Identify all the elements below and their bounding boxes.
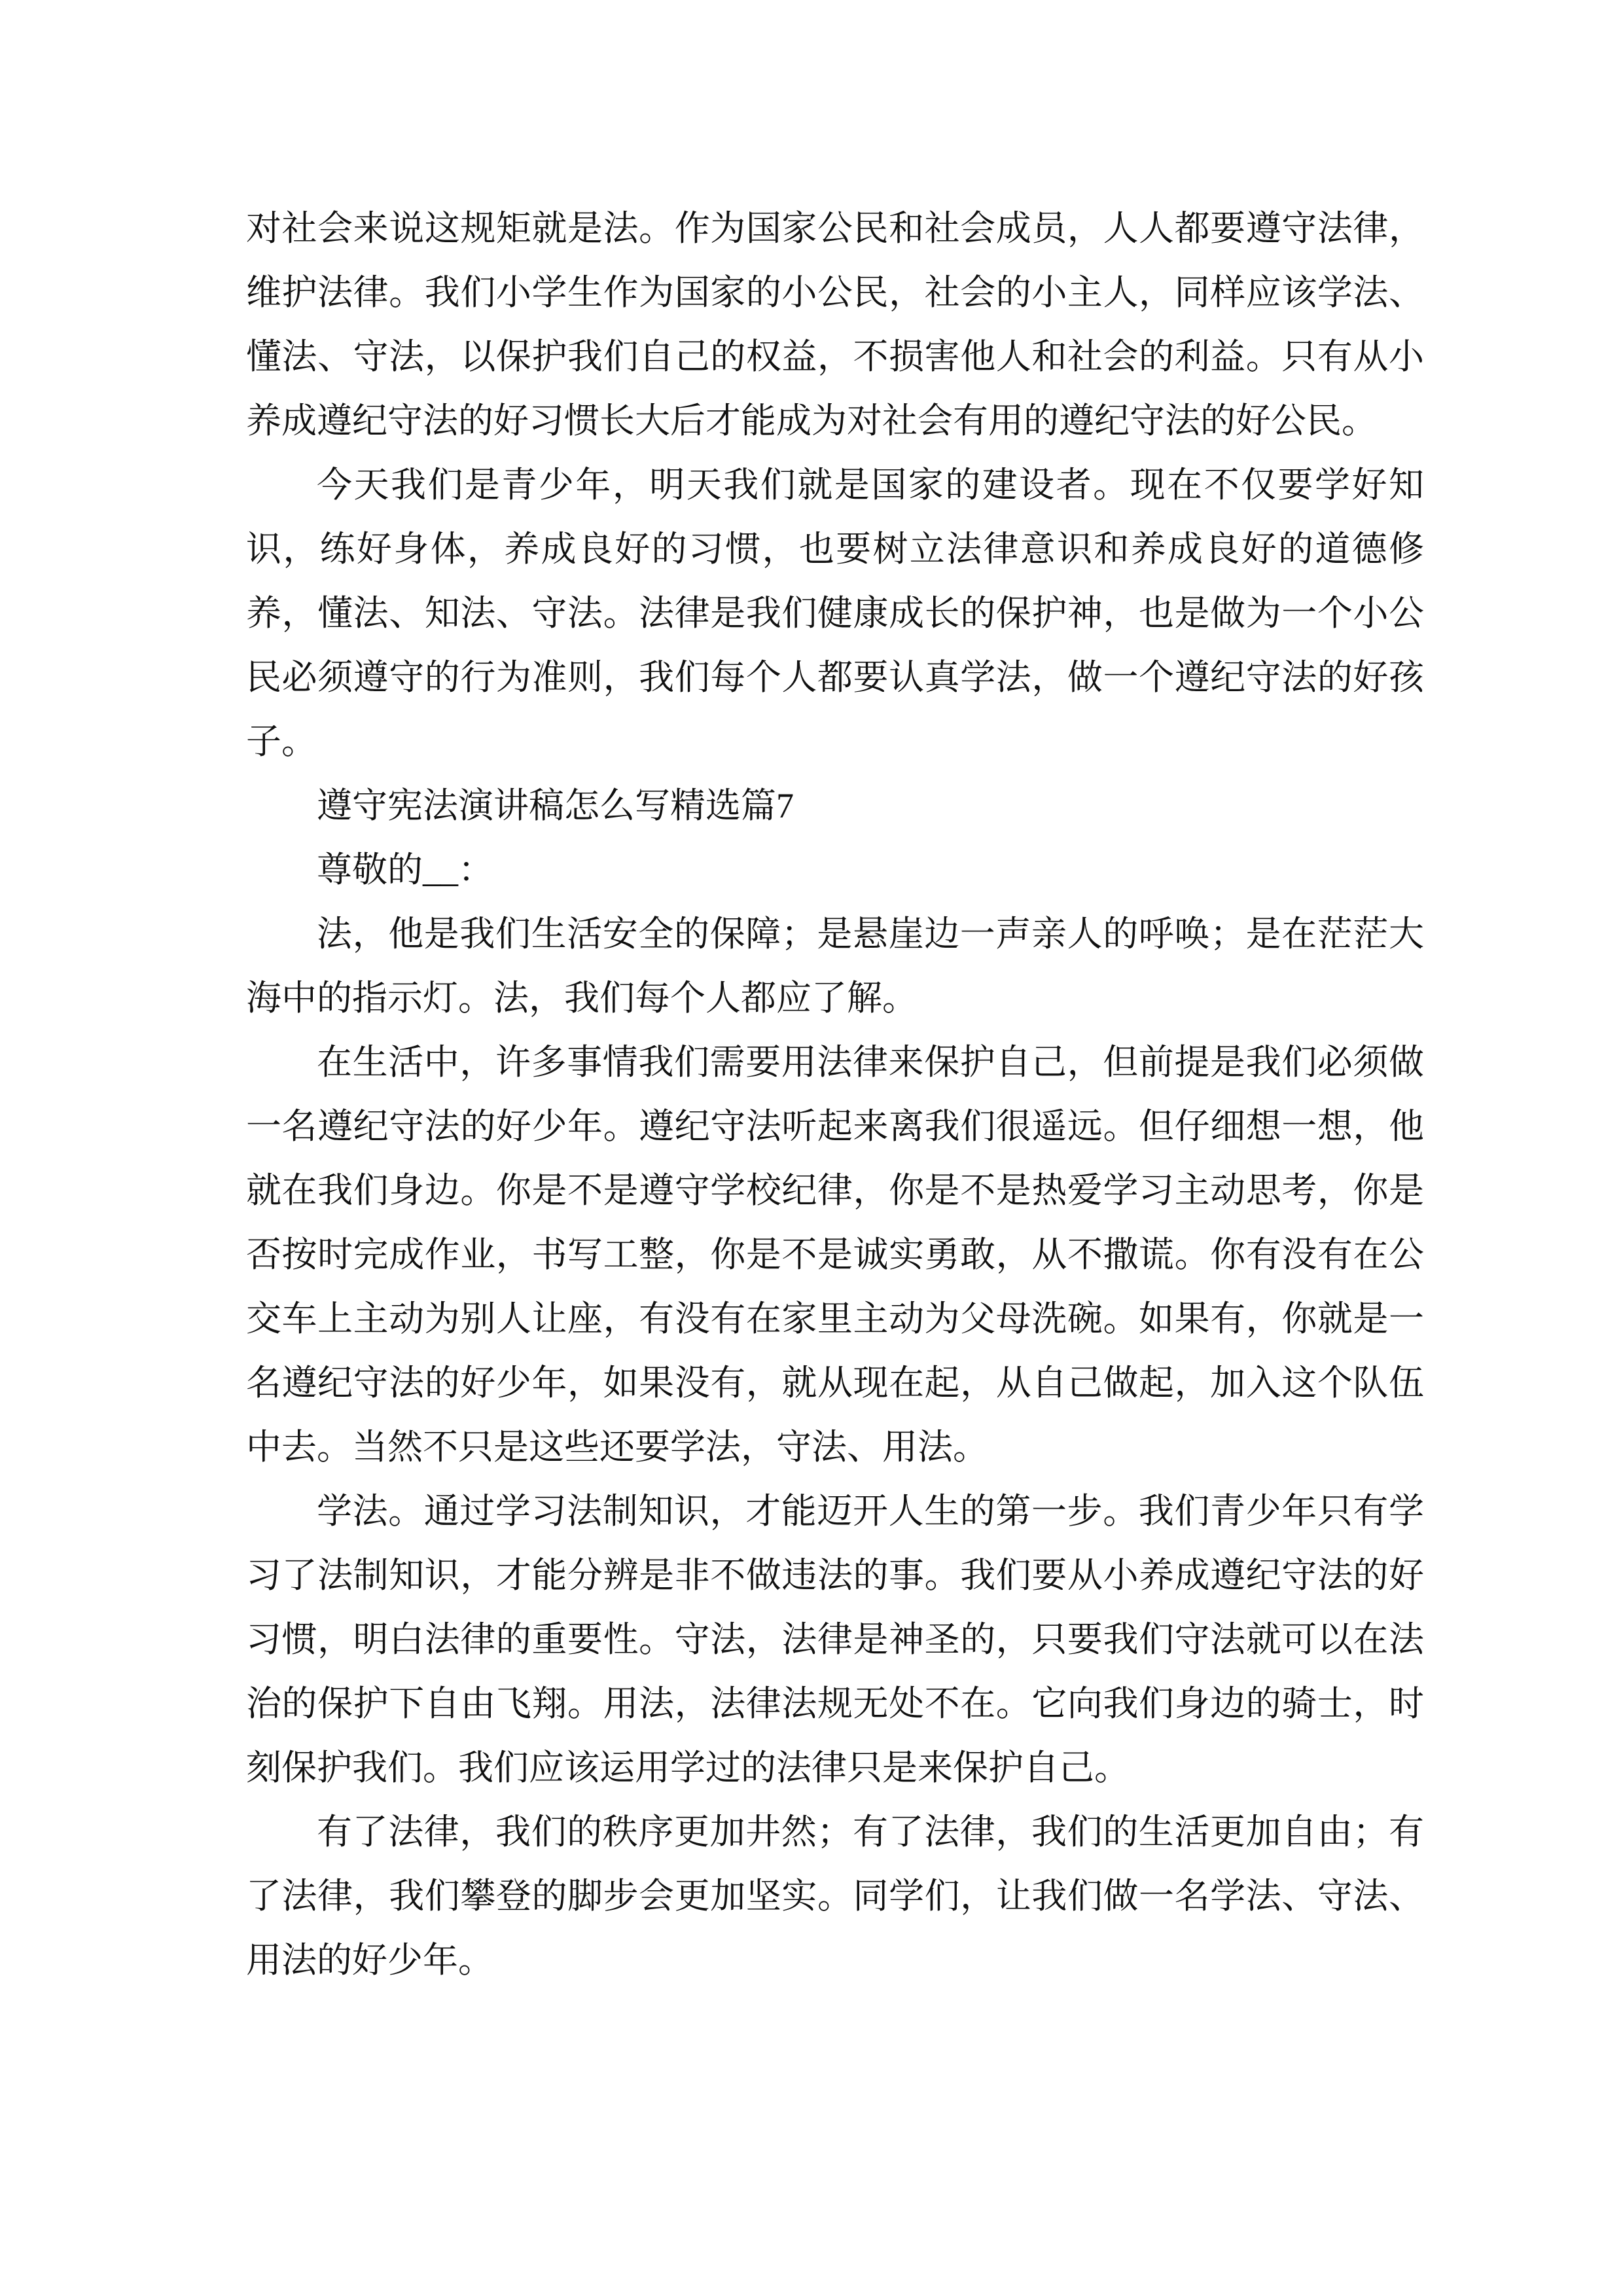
paragraph: 法，他是我们生活安全的保障；是悬崖边一声亲人的呼唤；是在茫茫大海中的指示灯。法，…	[246, 902, 1424, 1030]
salutation: 尊敬的__：	[246, 838, 1424, 902]
paragraph: 有了法律，我们的秩序更加井然；有了法律，我们的生活更加自由；有了法律，我们攀登的…	[246, 1800, 1424, 1992]
paragraph: 学法。通过学习法制知识，才能迈开人生的第一步。我们青少年只有学习了法制知识，才能…	[246, 1479, 1424, 1800]
document-body: 对社会来说这规矩就是法。作为国家公民和社会成员，人人都要遵守法律，维护法律。我们…	[246, 196, 1424, 1992]
section-heading: 遵守宪法演讲稿怎么写精选篇7	[246, 774, 1424, 838]
paragraph-continuation: 对社会来说这规矩就是法。作为国家公民和社会成员，人人都要遵守法律，维护法律。我们…	[246, 196, 1424, 453]
paragraph: 今天我们是青少年，明天我们就是国家的建设者。现在不仅要学好知识，练好身体，养成良…	[246, 453, 1424, 774]
document-page: 对社会来说这规矩就是法。作为国家公民和社会成员，人人都要遵守法律，维护法律。我们…	[0, 0, 1623, 2296]
paragraph: 在生活中，许多事情我们需要用法律来保护自己，但前提是我们必须做一名遵纪守法的好少…	[246, 1030, 1424, 1479]
